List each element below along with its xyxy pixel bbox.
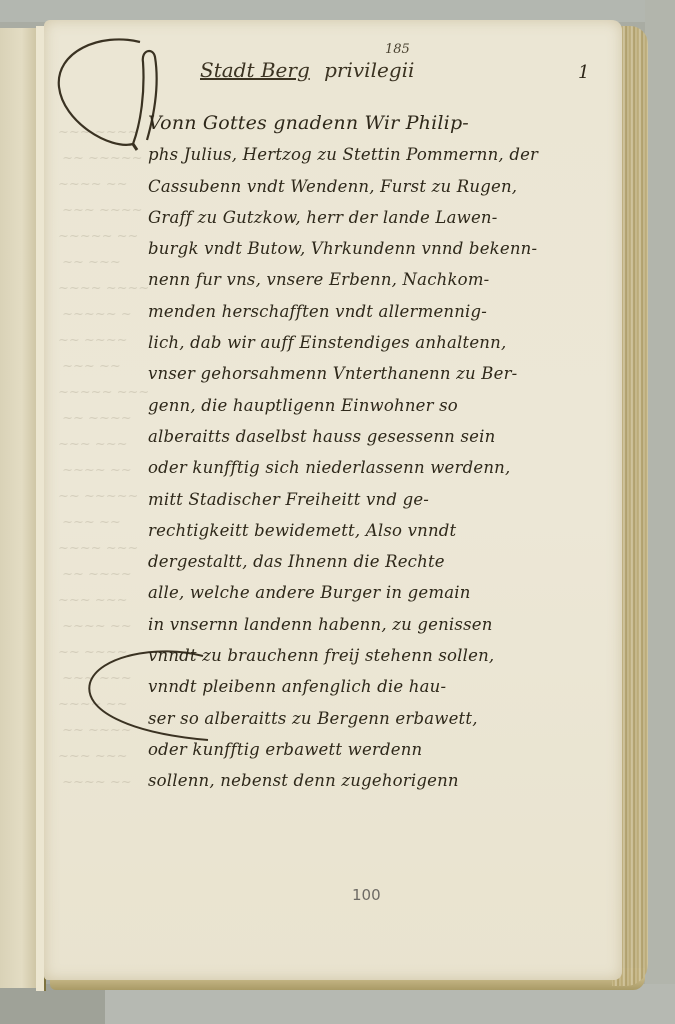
text-line: vnser gehorsahmenn Vnterthanenn zu Ber- [148, 358, 610, 389]
text-line: burgk vndt Butow, Vhrkundenn vnnd bekenn… [148, 233, 610, 264]
text-line: Graff zu Gutzkow, herr der lande Lawen- [148, 202, 610, 233]
text-line: nenn fur vns, vnsere Erbenn, Nachkom- [148, 264, 610, 295]
facing-page-edge [0, 28, 38, 988]
text-line: vnndt zu brauchenn freij stehenn sollen, [148, 640, 610, 671]
scan-background-bottom-left [0, 984, 105, 1024]
text-line: genn, die hauptligenn Einwohner so [148, 390, 610, 421]
text-line: oder kunfftig sich niederlassenn werdenn… [148, 452, 610, 483]
pencil-page-number: 100 [352, 886, 381, 904]
text-line: in vnsernn landenn habenn, zu genissen [148, 609, 610, 640]
old-folio-number: 185 [385, 42, 410, 57]
text-line: mitt Stadischer Freiheitt vnd ge- [148, 484, 610, 515]
scan-background-right [645, 0, 675, 1024]
text-line: oder kunfftig erbawett werdenn [148, 734, 610, 765]
text-line: vnndt pleibenn anfenglich die hau- [148, 671, 610, 702]
text-line: sollenn, nebenst denn zugehorigenn [148, 765, 610, 796]
scan-background-top [0, 0, 675, 22]
text-line: dergestaltt, das Ihnenn die Rechte [148, 546, 610, 577]
text-line: Cassubenn vndt Wendenn, Furst zu Rugen, [148, 171, 610, 202]
folio-header: Stadt Berg privilegii [200, 58, 414, 82]
text-line: Vonn Gottes gnadenn Wir Philip- [148, 108, 610, 139]
text-line: alberaitts daselbst hauss gesessenn sein [148, 421, 610, 452]
folio-number: 1 [578, 62, 589, 83]
header-title: privilegii [324, 58, 414, 82]
manuscript-text: Vonn Gottes gnadenn Wir Philip- phs Juli… [148, 108, 610, 797]
text-line: lich, dab wir auff Einstendiges anhalten… [148, 327, 610, 358]
text-line: ser so alberaitts zu Bergenn erbawett, [148, 703, 610, 734]
text-line: rechtigkeitt bewidemett, Also vnndt [148, 515, 610, 546]
text-line: alle, welche andere Burger in gemain [148, 577, 610, 608]
header-place: Stadt Berg [200, 58, 310, 82]
text-line: phs Julius, Hertzog zu Stettin Pommernn,… [148, 139, 610, 170]
text-line: menden herschafften vndt allermennig- [148, 296, 610, 327]
